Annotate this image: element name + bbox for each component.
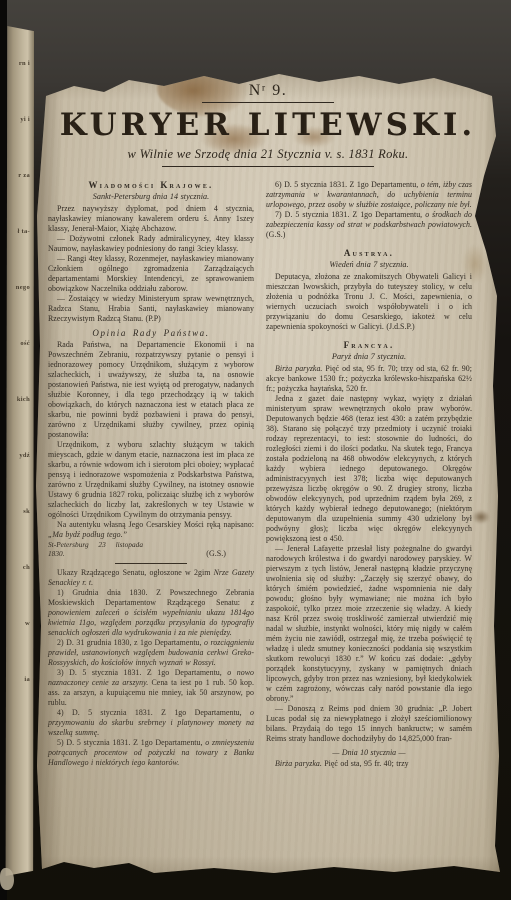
paragraph: — Donoszą z Reims pod dniem 30 grudnia: … (266, 704, 472, 744)
paragraph: Przez naywyższy dyplomat, pod dniem 4 st… (48, 204, 254, 234)
paragraph: Urzędnikom, z wyboru szlachty służącym w… (48, 440, 254, 520)
ukaz-lead: 4) D. 5 stycznia 1831. Z 1go Departament… (57, 708, 250, 717)
newspaper-page: Nʳ 9. KURYER LITEWSKI. w Wilnie we Srzod… (34, 66, 504, 882)
paragraph: — Rangi 4tey klassy, Rozenmejer, nayłask… (48, 254, 254, 294)
article-dateline: — Dnia 10 stycznia — (266, 748, 472, 758)
ukaz-item-5: 5) D. 5 stycznia 1831. Z 1go Departament… (48, 738, 254, 768)
ukaz-item-7: 7) D. 5 stycznia 1831. Z 1go Departament… (266, 210, 472, 240)
text-columns: Wiadomości Krajowe. Sankt-Petersburg dni… (48, 180, 488, 769)
paragraph: Na autentyku własną Jego Cesarskiey Mośc… (48, 520, 254, 540)
bourse-lead: Birża paryzka. (275, 759, 322, 768)
masthead-title: KURYER LITEWSKI. (48, 107, 488, 143)
ukaz-item-6: 6) D. 5 stycznia 1831. Z 1go Departament… (266, 180, 472, 210)
ukaz-lead: 2) D. 31 grudnia 1830, z 1go Departament… (57, 638, 204, 647)
ukaz-item-1: 1) Grudnia dnia 1830. Z Powszechnego Zeb… (48, 588, 254, 638)
place-date-signature: St-Petersburg 23 listopada 1830. (48, 541, 143, 559)
ukaz-item-4: 4) D. 5 stycznia 1831. Z 1go Departament… (48, 708, 254, 738)
ukaz-lead: 1) Grudnia dnia 1830. Z Powszechnego Zeb… (48, 588, 254, 607)
bourse-report: Birża paryzka. Pięć od sta, 95 fr. 40; t… (266, 759, 472, 769)
paragraph: — Jenerał Lafayette przesłał listy pożeg… (266, 544, 472, 704)
ukaz-lead: 6) D. 5 stycznia 1831. Z 1go Departament… (275, 180, 421, 189)
section-header-wiadomosci-krajowe: Wiadomości Krajowe. (48, 180, 254, 190)
autentyk-lead: Na autentyku własną Jego Cesarskiey Mośc… (57, 520, 254, 529)
article-dateline: Wiedeń dnia 7 stycznia. (266, 260, 472, 270)
ukazy-intro: Ukazy Rządzącego Senatu, ogłoszone w 2gi… (48, 568, 254, 588)
issue-number: Nʳ 9. (48, 82, 488, 100)
edge-shadow-bottom (34, 856, 504, 882)
bourse-lead: Birża paryzka. (275, 364, 322, 373)
divider-rule (162, 166, 374, 167)
ukaz-lead: 3) D. 5 stycznia 1831. Z 1go Departament… (57, 668, 227, 677)
article-dateline: Paryż dnia 7 stycznia. (266, 352, 472, 362)
section-header-francya: Francya. (266, 340, 472, 350)
masthead-dateline: w Wilnie we Srzodę dnia 21 Stycznia v. s… (48, 147, 488, 162)
section-header-opinia-rady-panstwa: Opinia Rady Państwa. (48, 328, 254, 338)
paragraph: — Zostaiący w wiedzy Ministeryum spraw w… (48, 294, 254, 324)
divider-rule (115, 563, 187, 564)
adjacent-page-text-fragments: rn i yi i r za ł ta- nego ość kich ydź s… (5, 26, 34, 708)
page-content: Nʳ 9. KURYER LITEWSKI. w Wilnie we Srzod… (48, 82, 488, 769)
bourse-report: Birża paryzka. Pięć od sta, 95 fr. 70; t… (266, 364, 472, 394)
ukaz-item-3: 3) D. 5 stycznia 1831. Z 1go Departament… (48, 668, 254, 708)
adjacent-page-edge: rn i yi i r za ł ta- nego ość kich ydź s… (5, 26, 34, 876)
column-left: Wiadomości Krajowe. Sankt-Petersburg dni… (48, 180, 254, 769)
paragraph: Deputacya, złożona ze znakomitszych Obyw… (266, 272, 472, 332)
paper-tear-fragment (0, 868, 14, 890)
initials-gs: (G.S.) (266, 230, 285, 239)
paragraph: Rada Państwa, na Departamencie Ekonomii … (48, 340, 254, 440)
initials-gs: (G.S.) (206, 549, 254, 559)
ukaz-item-2: 2) D. 31 grudnia 1830, z 1go Departament… (48, 638, 254, 668)
bourse-rates: Pięć od sta, 95 fr. 40; trzy (322, 759, 409, 768)
royal-quote: „Ma bydź podług tego.” (48, 530, 127, 539)
signature-row: St-Petersburg 23 listopada 1830. (G.S.) (48, 541, 254, 559)
scanned-newspaper-screenshot: { "masthead": { "issue": "Nʳ 9.", "title… (0, 0, 511, 900)
ukaz-lead: 5) D. 5 stycznia 1831. Z 1go Departament… (57, 738, 205, 747)
ukazy-intro-lead: Ukazy Rządzącego Senatu, ogłoszone w 2gi… (57, 568, 214, 577)
paragraph: — Dożywotni członek Rady admiralicyyney,… (48, 234, 254, 254)
section-header-austrya: Austrya. (266, 248, 472, 258)
paragraph: Jedna z gazet daie następny wykaz, wyięt… (266, 394, 472, 544)
divider-rule (202, 102, 334, 103)
article-dateline: Sankt-Petersburg dnia 14 stycznia. (48, 192, 254, 202)
ukaz-lead: 7) D. 5 stycznia 1831. Z 1go Departament… (275, 210, 425, 219)
column-right: 6) D. 5 stycznia 1831. Z 1go Departament… (266, 180, 472, 769)
